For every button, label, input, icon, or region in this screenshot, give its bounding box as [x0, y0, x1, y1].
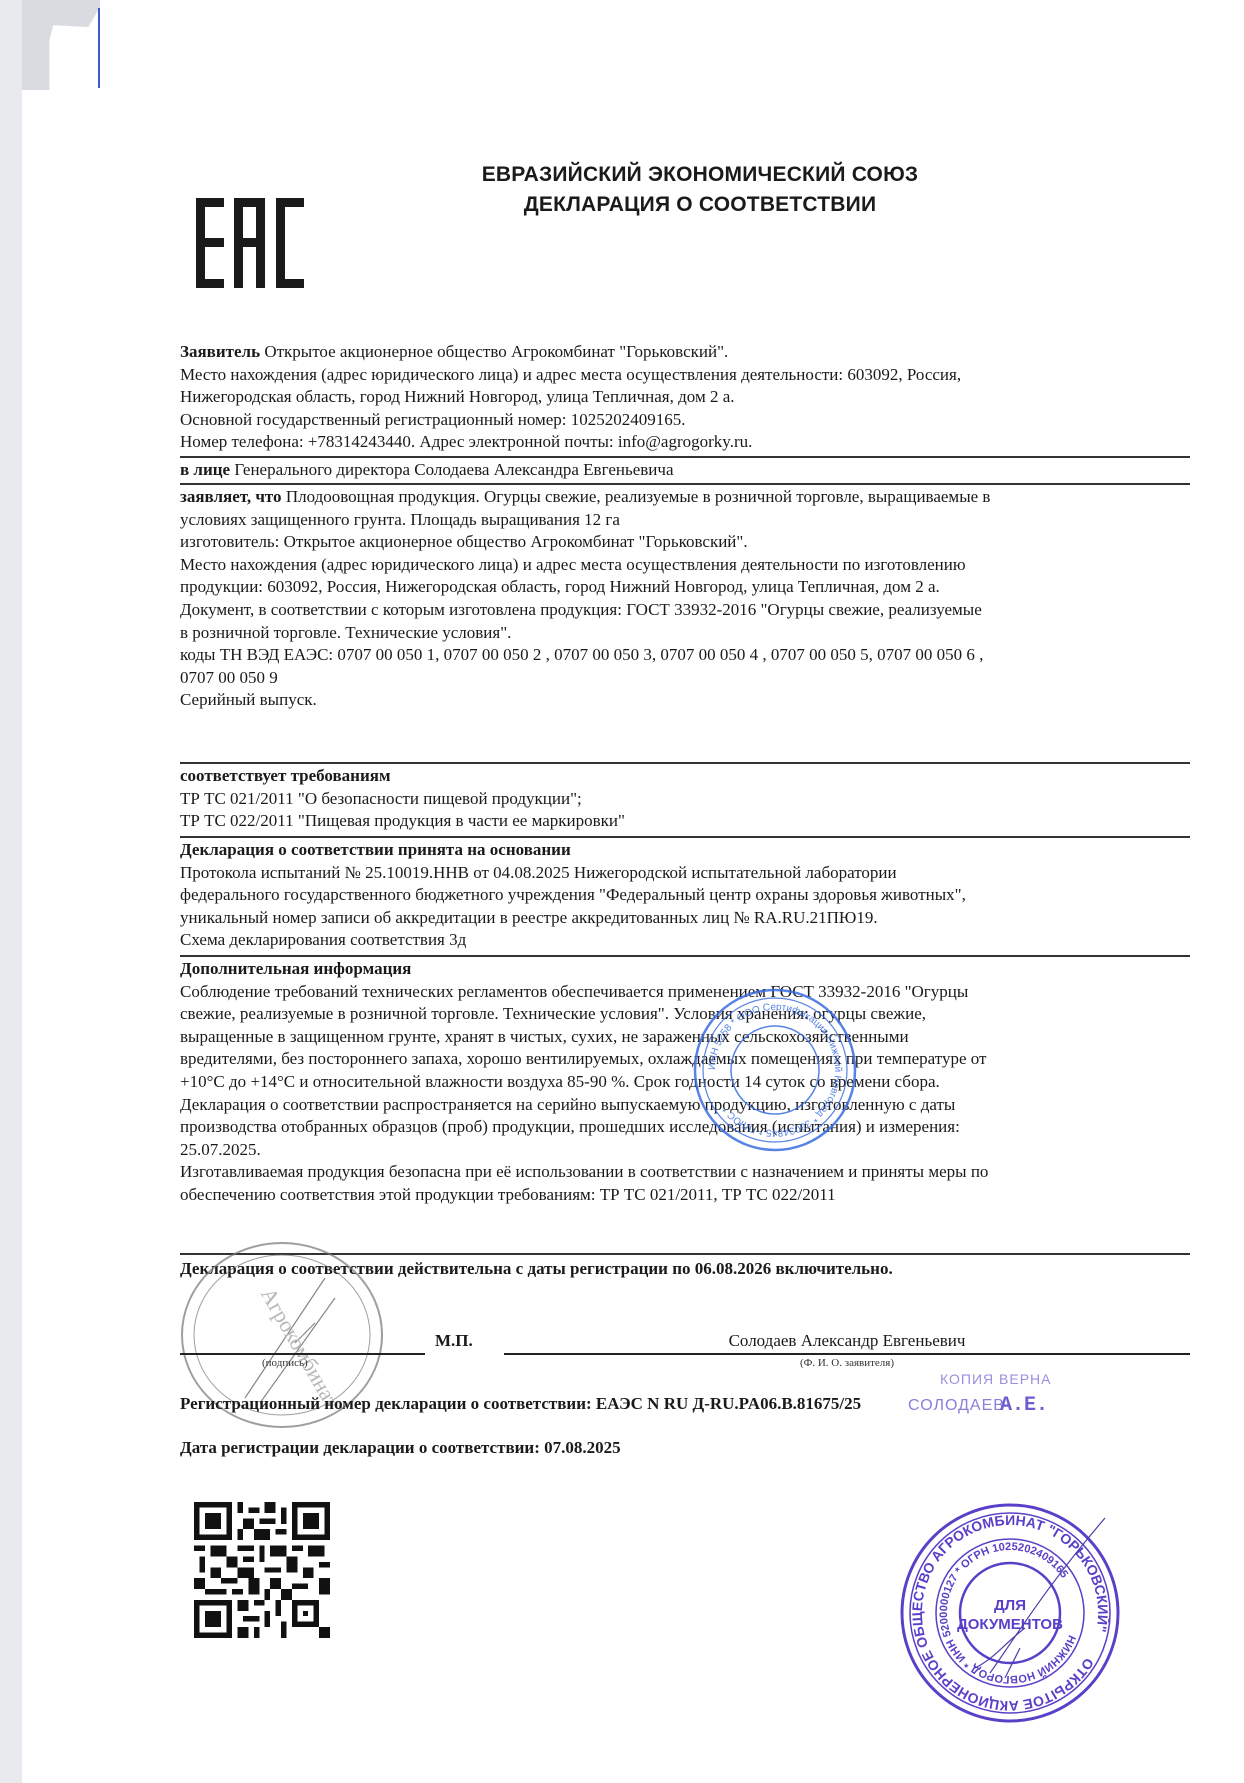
- basis-protocol-3: уникальный номер записи об аккредитации …: [180, 907, 1190, 930]
- divider: [180, 456, 1190, 458]
- tn-ved-codes-1: коды ТН ВЭД ЕАЭС: 0707 00 050 1, 0707 00…: [180, 644, 1190, 667]
- representative-section: в лице Генерального директора Солодаева …: [180, 459, 1190, 482]
- applicant-label: Заявитель: [180, 342, 260, 361]
- declares-label: заявляет, что: [180, 487, 282, 506]
- requirement-item: ТР ТС 021/2011 "О безопасности пищевой п…: [180, 788, 1190, 811]
- applicant-address-2: Нижегородская область, город Нижний Новг…: [180, 386, 1190, 409]
- signature-line: [180, 1353, 425, 1355]
- applicant-address-1: Место нахождения (адрес юридического лиц…: [180, 364, 1190, 387]
- applicant-name: Открытое акционерное общество Агрокомбин…: [260, 342, 728, 361]
- basis-label: Декларация о соответствии принята на осн…: [180, 839, 1190, 862]
- qr-code-icon[interactable]: [194, 1502, 330, 1638]
- tn-ved-codes-2: 0707 00 050 9: [180, 667, 1190, 690]
- additional-info-line: Соблюдение требований технических реглам…: [180, 981, 1190, 1004]
- requirement-item: ТР ТС 022/2011 "Пищевая продукция в част…: [180, 810, 1190, 833]
- svg-text:ДЛЯ: ДЛЯ: [994, 1597, 1026, 1614]
- additional-info-line: вредителями, без постороннего запаха, хо…: [180, 1048, 1190, 1071]
- additional-info-line: Изготавливаемая продукция безопасна при …: [180, 1161, 1190, 1184]
- scan-edge: [0, 0, 22, 1783]
- basis-protocol-1: Протокола испытаний № 25.10019.ННВ от 04…: [180, 862, 1190, 885]
- requirements-section: соответствует требованиям ТР ТС 021/2011…: [180, 765, 1190, 833]
- declares-product-2: условиях защищенного грунта. Площадь выр…: [180, 509, 1190, 532]
- document-title: ДЕКЛАРАЦИЯ О СООТВЕТСТВИИ: [420, 190, 980, 220]
- representative-label: в лице: [180, 460, 230, 479]
- basis-protocol-2: федерального государственного бюджетного…: [180, 884, 1190, 907]
- additional-info-line: обеспечению соответствия этой продукции …: [180, 1184, 1190, 1207]
- additional-info-line: Декларация о соответствии распространяет…: [180, 1094, 1190, 1117]
- company-stamp-purple-icon: ОТКРЫТОЕ АКЦИОНЕРНОЕ ОБЩЕСТВО АГРОКОМБИН…: [895, 1498, 1125, 1728]
- basis-section: Декларация о соответствии принята на осн…: [180, 839, 1190, 952]
- applicant-ogrn: Основной государственный регистрационный…: [180, 409, 1190, 432]
- signatory-name: Солодаев Александр Евгеньевич: [504, 1331, 1190, 1351]
- signature-caption: (подпись): [262, 1357, 308, 1369]
- declares-product-1: Плодоовощная продукция. Огурцы свежие, р…: [282, 487, 991, 506]
- divider: [180, 483, 1190, 485]
- divider: [180, 836, 1190, 838]
- eac-logo-icon: [196, 198, 306, 288]
- svg-text:ДОКУМЕНТОВ: ДОКУМЕНТОВ: [957, 1616, 1063, 1633]
- declares-section: заявляет, что Плодоовощная продукция. Ог…: [180, 486, 1190, 712]
- scan-corner-artifact: [22, 0, 100, 90]
- manufacturer: изготовитель: Открытое акционерное общес…: [180, 531, 1190, 554]
- seal-place-label: М.П.: [435, 1331, 473, 1351]
- applicant-section: Заявитель Открытое акционерное общество …: [180, 341, 1190, 454]
- applicant-line: Заявитель Открытое акционерное общество …: [180, 341, 1190, 364]
- divider: [180, 955, 1190, 957]
- standard-document-1: Документ, в соответствии с которым изгот…: [180, 599, 1190, 622]
- additional-info-line: производства отобранных образцов (проб) …: [180, 1116, 1190, 1139]
- registration-number: Регистрационный номер декларации о соотв…: [180, 1394, 861, 1414]
- standard-document-2: в розничной торговле. Технические услови…: [180, 622, 1190, 645]
- signatory-caption: (Ф. И. О. заявителя): [504, 1357, 1190, 1369]
- additional-info-label: Дополнительная информация: [180, 958, 1190, 981]
- copy-certified-initials: А.Е.: [1000, 1394, 1048, 1417]
- svg-text:ИНН 5258 * ООО Сертификация Ни: ИНН 5258 * ООО Сертификация Нижний Новго…: [707, 1002, 843, 1138]
- registration-date: Дата регистрации декларации о соответств…: [180, 1438, 621, 1458]
- additional-info-line: +10°С до +14°С и относительной влажности…: [180, 1071, 1190, 1094]
- document-header: ЕВРАЗИЙСКИЙ ЭКОНОМИЧЕСКИЙ СОЮЗ ДЕКЛАРАЦИ…: [420, 160, 980, 220]
- declaration-scheme: Схема декларирования соответствия 3д: [180, 929, 1190, 952]
- scan-corner-line: [98, 8, 100, 88]
- requirements-label: соответствует требованиям: [180, 765, 1190, 788]
- union-title: ЕВРАЗИЙСКИЙ ЭКОНОМИЧЕСКИЙ СОЮЗ: [420, 160, 980, 190]
- additional-info-section: Дополнительная информация Соблюдение тре…: [180, 958, 1190, 1207]
- additional-info-line: свежие, реализуемые в розничной торговле…: [180, 1003, 1190, 1026]
- additional-info-line: выращенные в защищенном грунте, хранят в…: [180, 1026, 1190, 1049]
- copy-certified-label: КОПИЯ ВЕРНА: [940, 1371, 1051, 1387]
- divider: [180, 762, 1190, 764]
- representative-value: Генерального директора Солодаева Алексан…: [230, 460, 673, 479]
- signature-row: (подпись) М.П. Солодаев Александр Евгень…: [180, 1325, 1190, 1365]
- copy-certified-name: СОЛОДАЕВ: [908, 1397, 1005, 1415]
- manufacturer-address-1: Место нахождения (адрес юридического лиц…: [180, 554, 1190, 577]
- signatory-name-line: [504, 1353, 1190, 1355]
- applicant-contacts: Номер телефона: +78314243440. Адрес элек…: [180, 431, 1190, 454]
- additional-info-line: 25.07.2025.: [180, 1139, 1190, 1162]
- serial-release: Серийный выпуск.: [180, 689, 1190, 712]
- certification-body-stamp-icon: ИНН 5258 * ООО Сертификация Нижний Новго…: [690, 985, 860, 1155]
- manufacturer-address-2: продукции: 603092, Россия, Нижегородская…: [180, 576, 1190, 599]
